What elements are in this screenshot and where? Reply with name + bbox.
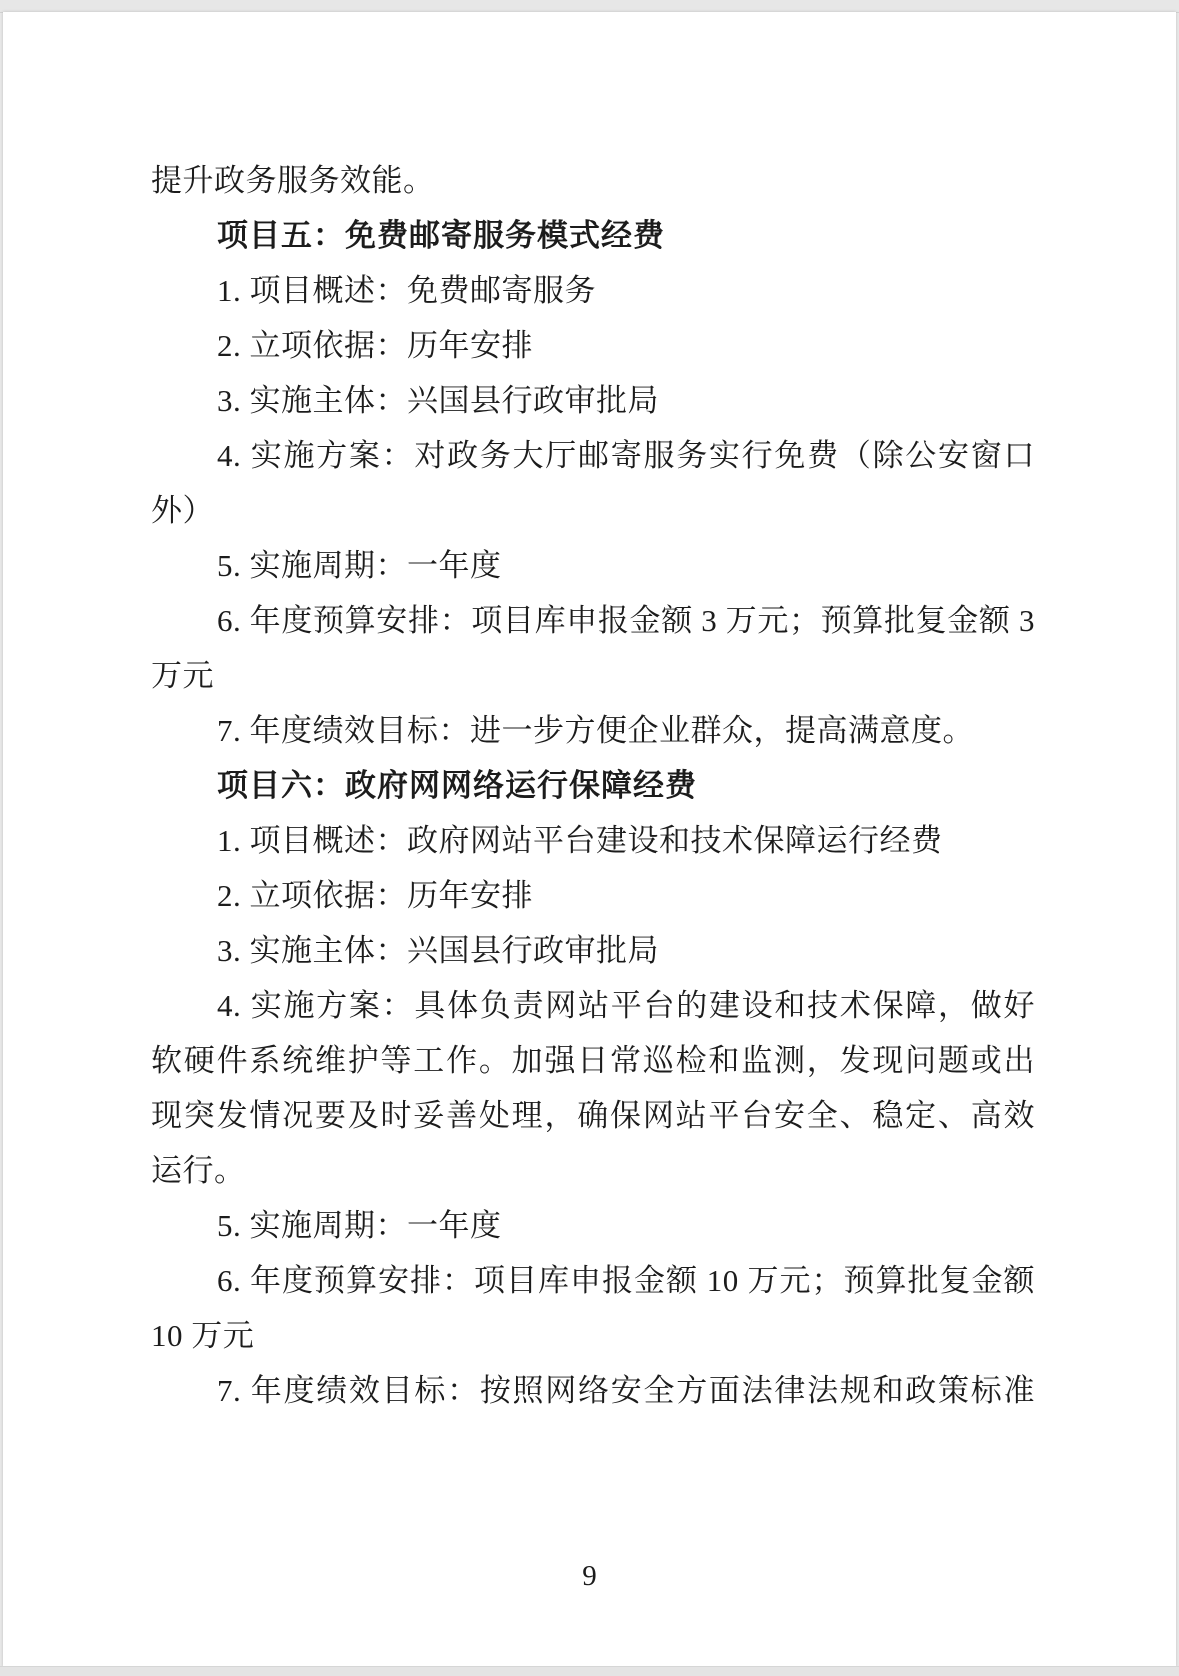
document-viewer: 提升政务服务效能。项目五：免费邮寄服务模式经费1. 项目概述：免费邮寄服务2. … bbox=[0, 0, 1179, 1676]
document-line: 7. 年度绩效目标：按照网络安全方面法律法规和政策标准 bbox=[151, 1363, 1035, 1418]
document-line: 提升政务服务效能。 bbox=[151, 153, 1035, 208]
document-line: 万元 bbox=[151, 648, 1035, 703]
document-line: 7. 年度绩效目标：进一步方便企业群众，提高满意度。 bbox=[151, 703, 1035, 758]
document-line: 外） bbox=[151, 483, 1035, 538]
viewer-bottom-edge bbox=[0, 1666, 1179, 1676]
document-line: 软硬件系统维护等工作。加强日常巡检和监测，发现问题或出 bbox=[151, 1033, 1035, 1088]
document-line: 5. 实施周期：一年度 bbox=[151, 538, 1035, 593]
document-line: 6. 年度预算安排：项目库申报金额 3 万元；预算批复金额 3 bbox=[151, 593, 1035, 648]
document-line: 2. 立项依据：历年安排 bbox=[151, 868, 1035, 923]
document-line: 5. 实施周期：一年度 bbox=[151, 1198, 1035, 1253]
document-line: 3. 实施主体：兴国县行政审批局 bbox=[151, 373, 1035, 428]
section-heading: 项目五：免费邮寄服务模式经费 bbox=[151, 208, 1035, 263]
document-page: 提升政务服务效能。项目五：免费邮寄服务模式经费1. 项目概述：免费邮寄服务2. … bbox=[3, 12, 1176, 1667]
document-line: 4. 实施方案：具体负责网站平台的建设和技术保障，做好 bbox=[151, 978, 1035, 1033]
document-line: 1. 项目概述：免费邮寄服务 bbox=[151, 263, 1035, 318]
document-line: 现突发情况要及时妥善处理，确保网站平台安全、稳定、高效 bbox=[151, 1088, 1035, 1143]
document-line: 2. 立项依据：历年安排 bbox=[151, 318, 1035, 373]
document-line: 10 万元 bbox=[151, 1308, 1035, 1363]
page-number: 9 bbox=[3, 1556, 1176, 1596]
document-body: 提升政务服务效能。项目五：免费邮寄服务模式经费1. 项目概述：免费邮寄服务2. … bbox=[151, 153, 1035, 1418]
document-line: 6. 年度预算安排：项目库申报金额 10 万元；预算批复金额 bbox=[151, 1253, 1035, 1308]
document-line: 3. 实施主体：兴国县行政审批局 bbox=[151, 923, 1035, 978]
document-line: 运行。 bbox=[151, 1143, 1035, 1198]
document-line: 1. 项目概述：政府网站平台建设和技术保障运行经费 bbox=[151, 813, 1035, 868]
document-line: 4. 实施方案：对政务大厅邮寄服务实行免费（除公安窗口 bbox=[151, 428, 1035, 483]
section-heading: 项目六：政府网网络运行保障经费 bbox=[151, 758, 1035, 813]
